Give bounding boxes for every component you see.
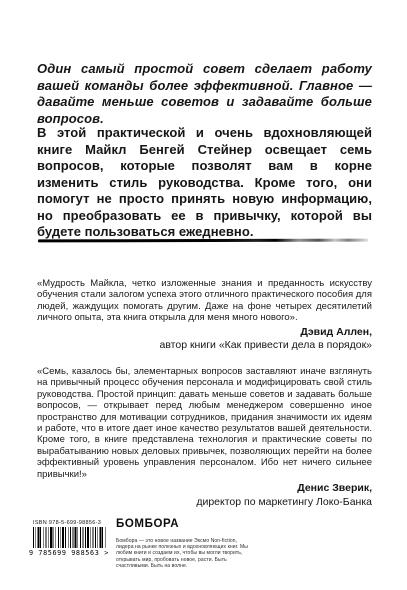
review-quote: «Семь, казалось бы, элементарных вопросо… <box>37 366 372 480</box>
divider-line <box>38 239 368 242</box>
review-author-role: директор по маркетингу Локо-Банка <box>37 496 372 508</box>
review-author: Денис Зверик, <box>37 482 372 494</box>
book-description: В этой практической и очень вдохновляюще… <box>37 125 372 241</box>
publisher-logo: БОМБОРА <box>116 518 258 530</box>
barcode-digits: 9 785699 988563 <box>29 549 99 557</box>
review-denis-zverik: «Семь, казалось бы, элементарных вопросо… <box>37 366 372 508</box>
tagline-text: Один самый простой совет сделает работу … <box>37 61 372 127</box>
publisher-blurb: Бомбора — это новое название Эксмо Non-f… <box>116 538 252 569</box>
isbn-label: ISBN 978-5-699-98856-3 <box>33 520 109 526</box>
barcode-bars-icon <box>33 527 106 548</box>
barcode-digits-row: 9 785699 988563 > <box>29 549 109 557</box>
review-david-allen: «Мудрость Майкла, четко изложенные знани… <box>37 278 372 351</box>
review-author-role: автор книги «Как привести дела в порядок… <box>37 339 372 351</box>
review-quote: «Мудрость Майкла, четко изложенные знани… <box>37 278 372 324</box>
isbn-barcode: ISBN 978-5-699-98856-3 9 785699 988563 > <box>29 520 109 557</box>
review-author: Дэвид Аллен, <box>37 326 372 338</box>
book-back-cover: Один самый простой совет сделает работу … <box>0 0 407 590</box>
publisher-block: БОМБОРА Бомбора — это новое название Экс… <box>116 518 258 569</box>
barcode-light-margin-indicator: > <box>104 549 109 557</box>
